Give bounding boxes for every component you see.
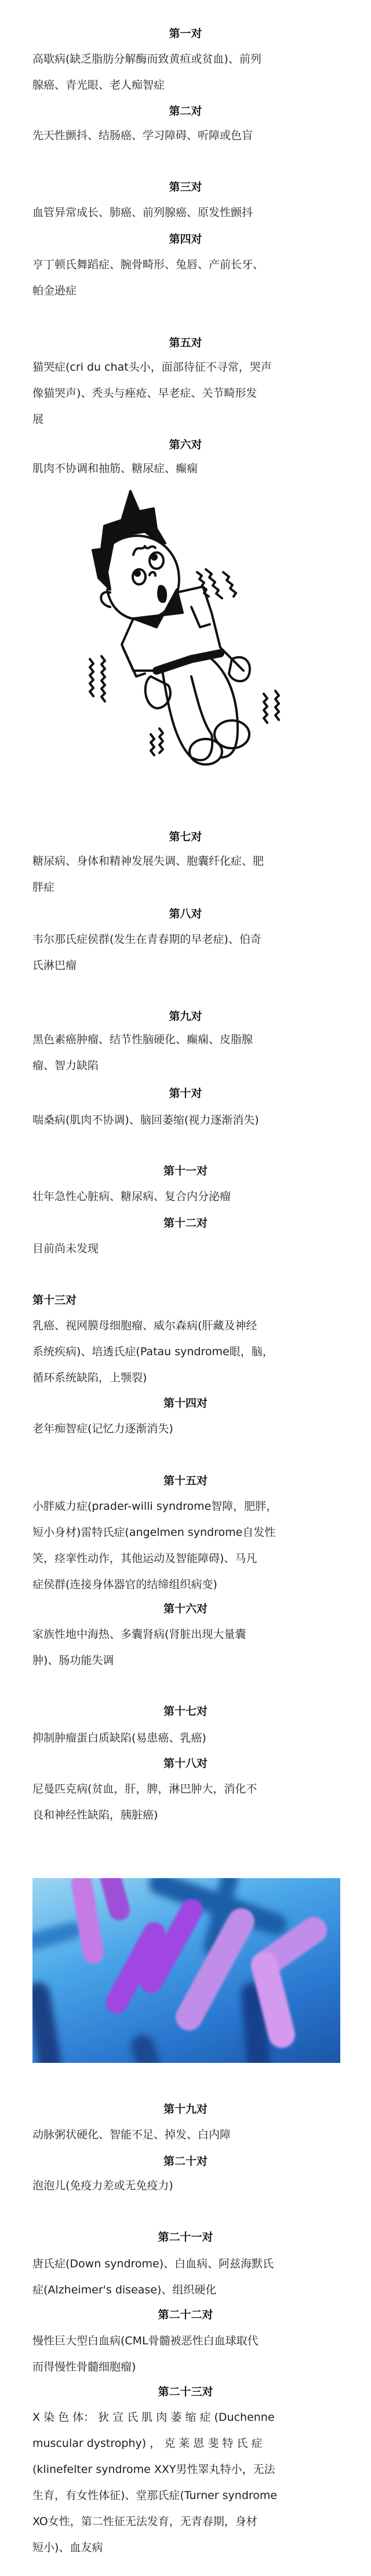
pair-description: 亨丁顿氏舞蹈症、腕骨畸形、兔唇、产前长牙、帕金逊症 [32, 252, 341, 304]
description-line: 笑，痉挛性动作，其他运动及智能障碍)、马凡 [32, 1546, 341, 1572]
boy-seizure-illustration-icon [58, 485, 307, 769]
description-line: 唐氏症(Down syndrome)、白血病、阿兹海默氏 [32, 2251, 341, 2277]
pair-description: 家族性地中海热、多囊肾病(肾脏出现大量囊肿)、肠功能失调 [32, 1622, 341, 1674]
description-line: 先天性颤抖、结肠癌、学习障碍、听障或色盲 [32, 123, 341, 149]
pair-heading: 第一对 [0, 27, 371, 41]
pair-description: 尼曼匹克病(贫血，肝，脾，淋巴肿大，消化不良和神经性缺陷，胰脏癌) [32, 1776, 341, 1828]
description-line: XO女性，第二性征无法发育，无青春期，身材 [32, 2509, 341, 2535]
pair-heading: 第十六对 [0, 1602, 371, 1616]
pair-description: 猫哭症(cri du chat头小，面部待征不寻常，哭声像猫哭声)、秃头与痤疮、… [32, 354, 341, 433]
description-line: 高歇病(缺乏脂肪分解酶而致黄疸或贫血)、前列 [32, 46, 341, 72]
description-line: 黑色素癌肿瘤、结节性脑硬化、癫痫、皮脂腺 [32, 1027, 341, 1053]
description-line: 老年痴智症(记忆力逐渐消失) [32, 1416, 341, 1442]
pair-heading: 第十对 [0, 1086, 371, 1100]
description-line: 慢性巨大型白血病(CML骨髓被恶性白血球取代 [32, 2328, 341, 2354]
description-line: 短小身材)雷特氏症(angelmen syndrome自发性 [32, 1520, 341, 1546]
chromosome-image [32, 1878, 340, 2063]
pair-description: 小胖威力症(prader-willi syndrome智障，肥胖，短小身材)雷特… [32, 1494, 341, 1598]
description-line: 肿)、肠功能失调 [32, 1648, 341, 1674]
pair-heading: 第五对 [0, 336, 371, 350]
description-line: 氏淋巴瘤 [32, 953, 341, 979]
pair-heading: 第十五对 [0, 1474, 371, 1488]
pair-description: 泡泡儿(免疫力差或无免疫力) [32, 2173, 341, 2199]
pair-heading: 第十七对 [0, 1704, 371, 1718]
pair-heading: 第二十三对 [0, 2385, 371, 2399]
pair-description: 动脉粥状硬化、智能不足、掉发、白内障 [32, 2122, 341, 2148]
pair-description: 抑制肿瘤蛋白质缺陷(易患癌、乳癌) [32, 1725, 341, 1751]
pair-heading: 第九对 [0, 1009, 371, 1023]
description-line: 目前尚未发现 [32, 1236, 341, 1262]
description-line: 韦尔那氏症侯群(发生在青春期的早老症)、伯奇 [32, 927, 341, 953]
pair-description: 韦尔那氏症侯群(发生在青春期的早老症)、伯奇氏淋巴瘤 [32, 927, 341, 979]
description-line: 症(Alzheimer's disease)、组织硬化 [32, 2277, 341, 2303]
description-line: 系统疾病)、培透氏症(Patau syndrome眼，脑， [32, 1339, 341, 1365]
pair-heading: 第八对 [0, 907, 371, 921]
pair-heading: 第十九对 [0, 2102, 371, 2116]
description-line: 喘桑病(肌肉不协调)、脑回萎缩(视力逐渐消失) [32, 1107, 341, 1133]
description-line: 猫哭症(cri du chat头小，面部待征不寻常，哭声 [32, 354, 341, 380]
description-line: 小胖威力症(prader-willi syndrome智障，肥胖， [32, 1494, 341, 1520]
description-line: 家族性地中海热、多囊肾病(肾脏出现大量囊 [32, 1622, 341, 1648]
description-line: 瘤、智力缺陷 [32, 1053, 341, 1079]
pair-heading: 第二对 [0, 104, 371, 118]
pair-heading: 第二十一对 [0, 2230, 371, 2244]
seizure-cartoon-image [58, 485, 307, 769]
description-line: 循环系统缺陷，上颚裂) [32, 1365, 341, 1391]
description-line: 抑制肿瘤蛋白质缺陷(易患癌、乳癌) [32, 1725, 341, 1751]
pair-heading: 第十三对 [32, 1293, 77, 1307]
description-line: 壮年急性心脏病、糖尿病、复合内分泌瘤 [32, 1184, 341, 1210]
pair-description: 壮年急性心脏病、糖尿病、复合内分泌瘤 [32, 1184, 341, 1210]
description-line: 胖症 [32, 874, 341, 901]
description-line: (klinefelter syndrome XXY男性睪丸特小，无法 [32, 2457, 341, 2483]
pair-description: 目前尚未发现 [32, 1236, 341, 1262]
description-line: 而得慢性骨髓细胞瘤) [32, 2354, 341, 2380]
pair-description: 黑色素癌肿瘤、结节性脑硬化、癫痫、皮脂腺瘤、智力缺陷 [32, 1027, 341, 1079]
description-line: 肌肉不协调和抽筋、糖尿症、癫痫 [32, 456, 341, 482]
description-line: 糖尿病、身体和精神发展失调、胞囊纤化症、肥 [32, 848, 341, 874]
description-line: 尼曼匹克病(贫血，肝，脾，淋巴肿大，消化不 [32, 1776, 341, 1802]
description-line: 血管异常成长、肺癌、前列腺癌、原发性颤抖 [32, 200, 341, 226]
description-line: 腺癌、青光眼、老人痴智症 [32, 72, 341, 98]
description-line: 像猫哭声)、秃头与痤疮、早老症、关节畸形发 [32, 380, 341, 407]
pair-description: 肌肉不协调和抽筋、糖尿症、癫痫 [32, 456, 341, 482]
description-line: 生育，有女性体征)、堂那氏症(Turner syndrome [32, 2483, 341, 2509]
description-line: 动脉粥状硬化、智能不足、掉发、白内障 [32, 2122, 341, 2148]
description-line: 短小)、血友病 [32, 2535, 341, 2561]
pair-description: X 染 色 体： 狄 宣 氏 肌 肉 萎 缩 症 (Duchennemuscul… [32, 2405, 341, 2561]
description-line: 展 [32, 407, 341, 433]
description-line: muscular dystrophy) ， 克 莱 恩 斐 特 氏 症 [32, 2431, 341, 2457]
pair-description: 喘桑病(肌肉不协调)、脑回萎缩(视力逐渐消失) [32, 1107, 341, 1133]
pair-description: 唐氏症(Down syndrome)、白血病、阿兹海默氏症(Alzheimer'… [32, 2251, 341, 2303]
pair-heading: 第十一对 [0, 1164, 371, 1178]
pair-description: 糖尿病、身体和精神发展失调、胞囊纤化症、肥胖症 [32, 848, 341, 901]
pair-heading: 第十四对 [0, 1396, 371, 1410]
pair-description: 慢性巨大型白血病(CML骨髓被恶性白血球取代而得慢性骨髓细胞瘤) [32, 2328, 341, 2380]
description-line: 症侯群(连接身体器官的结缔组织病变) [32, 1572, 341, 1598]
pair-heading: 第十二对 [0, 1216, 371, 1230]
description-line: 良和神经性缺陷，胰脏癌) [32, 1802, 341, 1828]
description-line: 泡泡儿(免疫力差或无免疫力) [32, 2173, 341, 2199]
description-line: 亨丁顿氏舞蹈症、腕骨畸形、兔唇、产前长牙、 [32, 252, 341, 278]
pair-heading: 第二十二对 [0, 2308, 371, 2322]
pair-heading: 第七对 [0, 830, 371, 844]
pair-heading: 第四对 [0, 232, 371, 246]
pair-heading: 第二十对 [0, 2154, 371, 2168]
pair-description: 高歇病(缺乏脂肪分解酶而致黄疸或贫血)、前列腺癌、青光眼、老人痴智症 [32, 46, 341, 98]
pair-description: 乳癌、视网膜母细胞瘤、威尔森病(肝藏及神经系统疾病)、培透氏症(Patau sy… [32, 1313, 341, 1391]
pair-heading: 第十八对 [0, 1757, 371, 1770]
pair-heading: 第六对 [0, 438, 371, 452]
pair-description: 先天性颤抖、结肠癌、学习障碍、听障或色盲 [32, 123, 341, 149]
pair-description: 老年痴智症(记忆力逐渐消失) [32, 1416, 341, 1442]
pair-heading: 第三对 [0, 180, 371, 194]
description-line: 乳癌、视网膜母细胞瘤、威尔森病(肝藏及神经 [32, 1313, 341, 1339]
pair-description: 血管异常成长、肺癌、前列腺癌、原发性颤抖 [32, 200, 341, 226]
chromosome-render-icon [32, 1878, 340, 2063]
description-line: X 染 色 体： 狄 宣 氏 肌 肉 萎 缩 症 (Duchenne [32, 2405, 341, 2431]
description-line: 帕金逊症 [32, 278, 341, 304]
